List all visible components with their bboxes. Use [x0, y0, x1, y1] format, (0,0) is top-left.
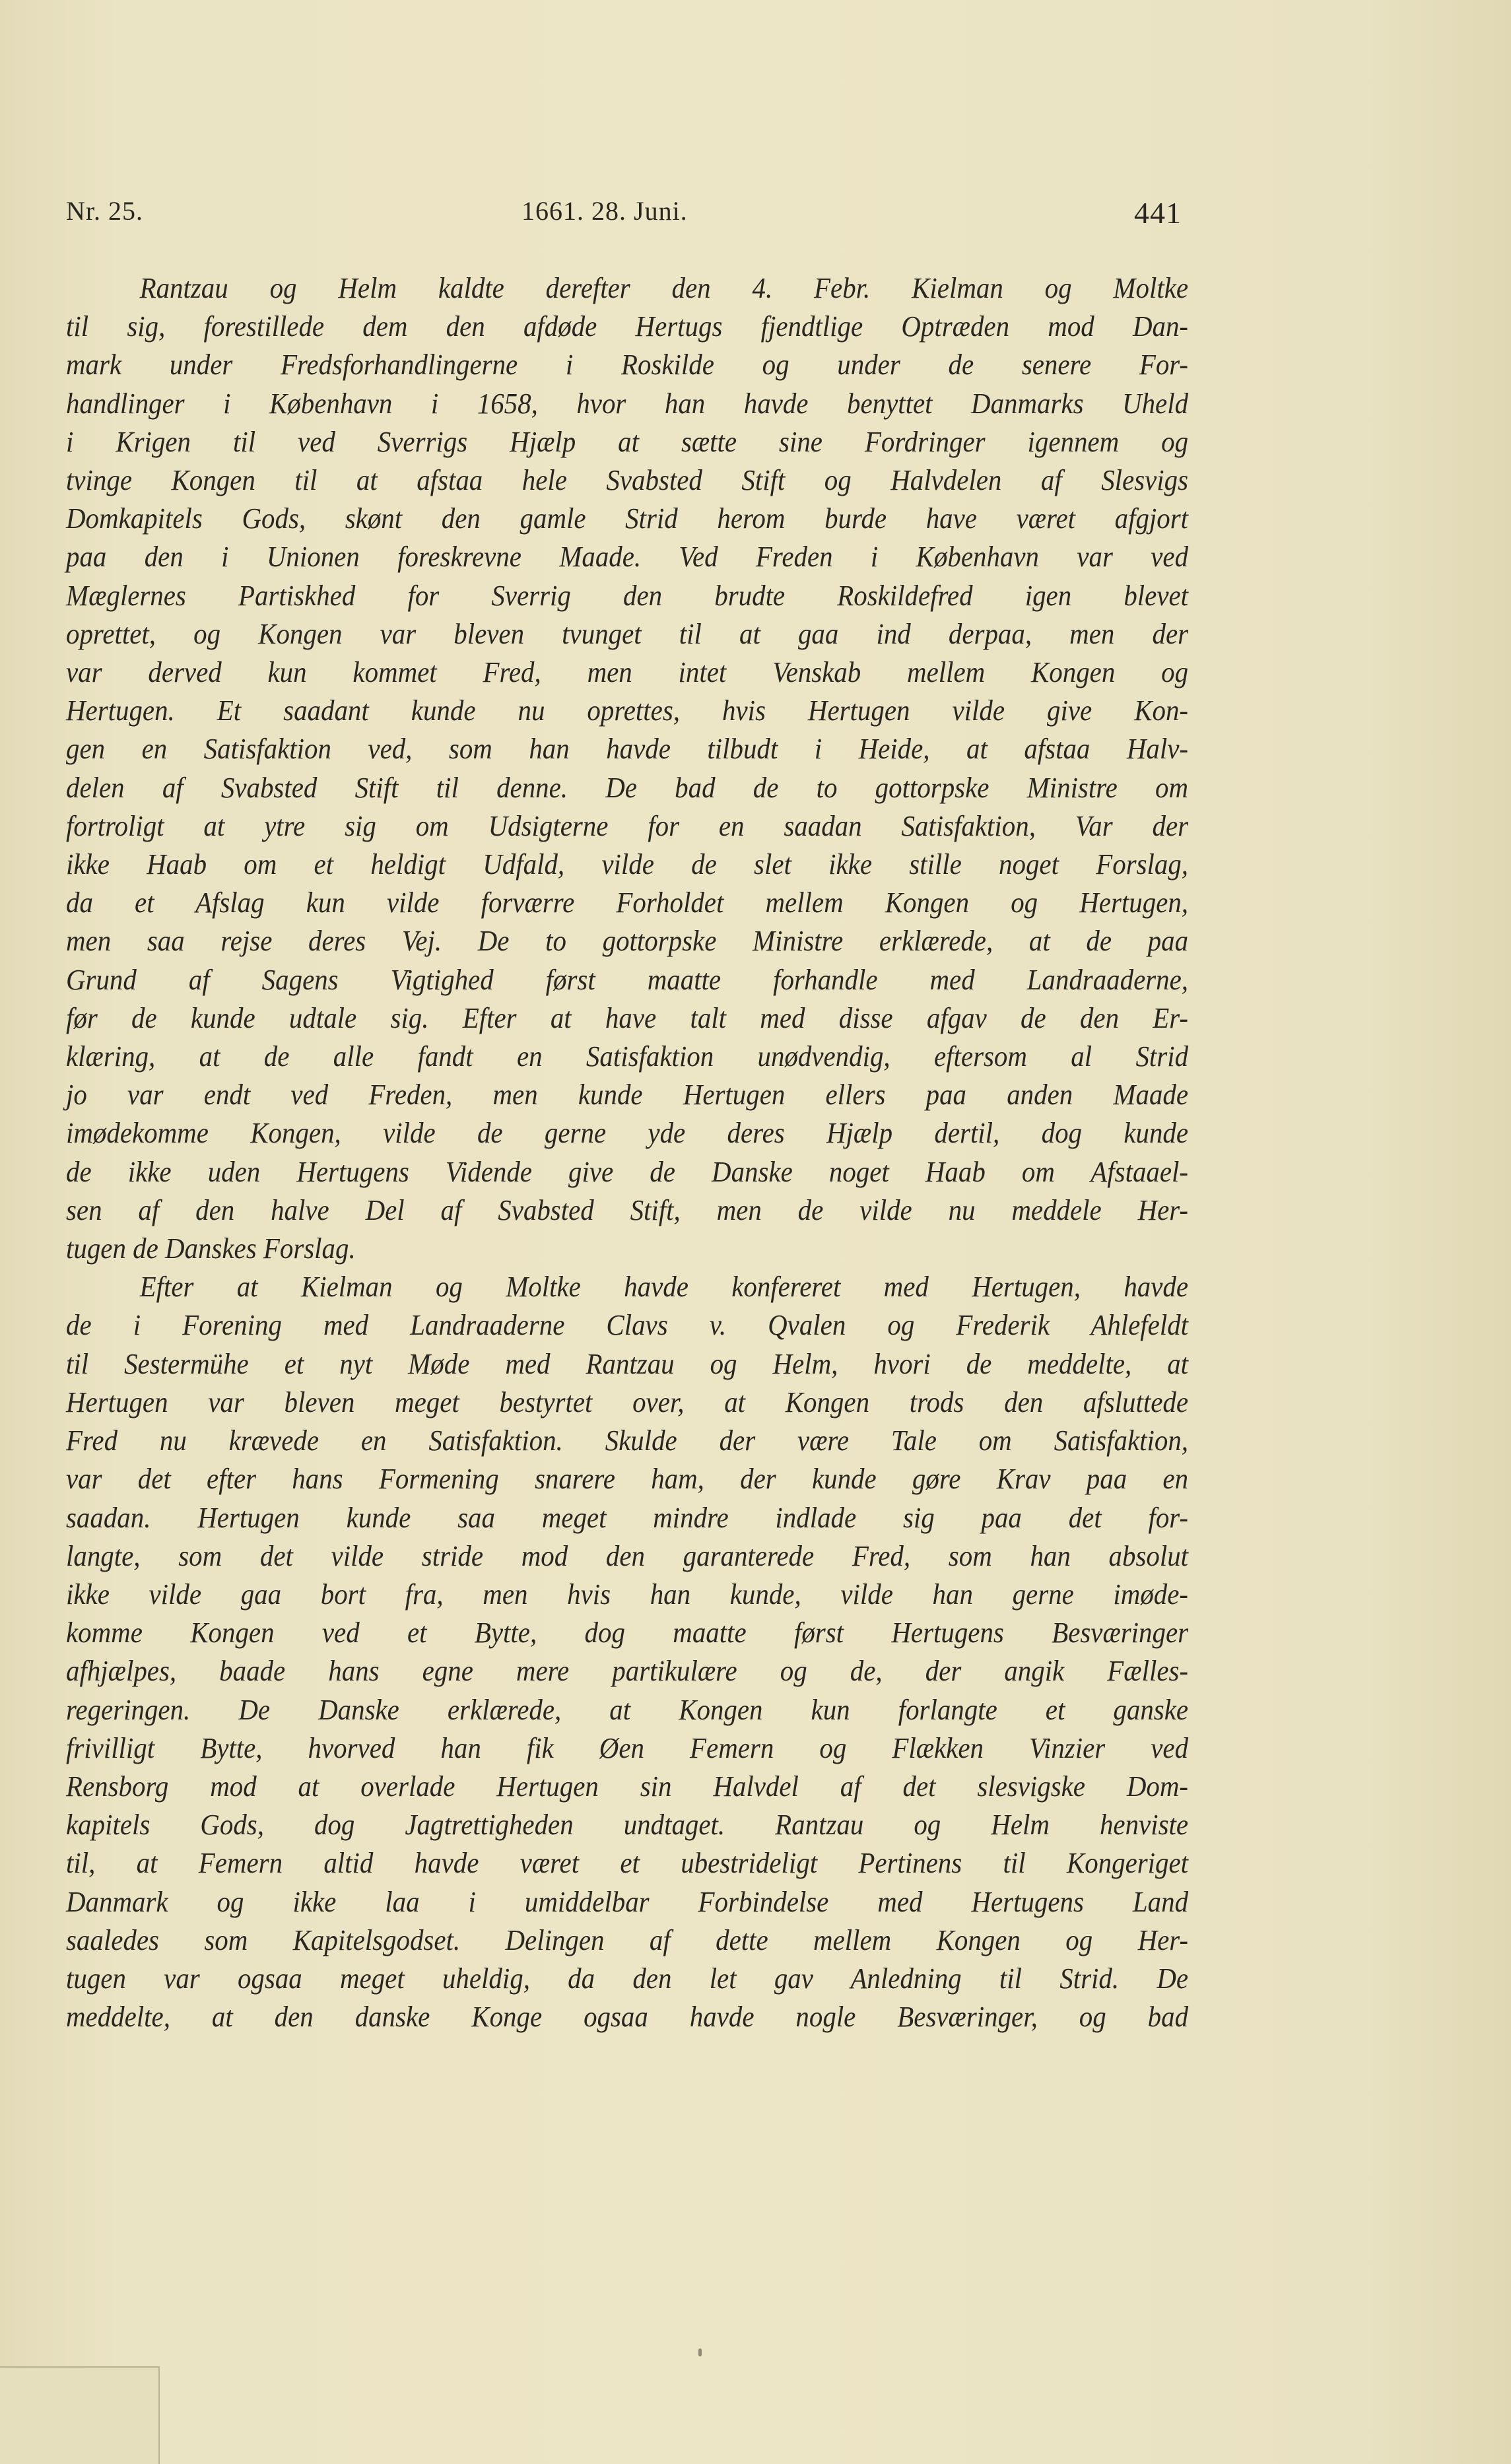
- text-line: sen af den halve Del af Svabsted Stift, …: [66, 1191, 1188, 1230]
- text-line: imødekomme Kongen, vilde de gerne yde de…: [66, 1114, 1188, 1152]
- text-line: men saa rejse deres Vej. De to gottorpsk…: [66, 922, 1188, 960]
- text-line: saadan. Hertugen kunde saa meget mindre …: [66, 1499, 1188, 1537]
- text-line: klæring, at de alle fandt en Satisfaktio…: [66, 1038, 1188, 1076]
- document-date: 1661. 28. Juni.: [521, 195, 688, 226]
- text-line: tvinge Kongen til at afstaa hele Svabste…: [66, 461, 1188, 500]
- text-line: afhjælpes, baade hans egne mere partikul…: [66, 1652, 1188, 1690]
- text-line: Grund af Sagens Vigtighed først maatte f…: [66, 961, 1188, 999]
- text-line: fortroligt at ytre sig om Udsigterne for…: [66, 807, 1188, 846]
- text-line: Rensborg mod at overlade Hertugen sin Ha…: [66, 1768, 1188, 1806]
- text-line: Danmark og ikke laa i umiddelbar Forbind…: [66, 1883, 1188, 1921]
- text-line: Fred nu krævede en Satisfaktion. Skulde …: [66, 1422, 1188, 1460]
- text-line: tugen de Danskes Forslag.: [66, 1230, 1188, 1268]
- text-line: i Krigen til ved Sverrigs Hjælp at sætte…: [66, 423, 1188, 461]
- text-line: da et Afslag kun vilde forværre Forholde…: [66, 884, 1188, 922]
- running-header: Nr. 25. 1661. 28. Juni. 441: [66, 195, 1188, 235]
- text-line: komme Kongen ved et Bytte, dog maatte fø…: [66, 1614, 1188, 1652]
- scanned-page: Nr. 25. 1661. 28. Juni. 441 Rantzau og H…: [0, 0, 1511, 2464]
- text-line: Hertugen var bleven meget bestyrtet over…: [66, 1383, 1188, 1422]
- text-line: ikke Haab om et heldigt Udfald, vilde de…: [66, 846, 1188, 884]
- text-line: regeringen. De Danske erklærede, at Kong…: [66, 1691, 1188, 1729]
- text-line: de ikke uden Hertugens Vidende give de D…: [66, 1153, 1188, 1191]
- text-line: paa den i Unionen foreskrevne Maade. Ved…: [66, 538, 1188, 576]
- text-line: til sig, forestillede dem den afdøde Her…: [66, 308, 1188, 346]
- text-line: til Sestermühe et nyt Møde med Rantzau o…: [66, 1345, 1188, 1383]
- text-line: jo var endt ved Freden, men kunde Hertug…: [66, 1076, 1188, 1114]
- text-line: saaledes som Kapitelsgodset. Delingen af…: [66, 1921, 1188, 1960]
- document-number: Nr. 25.: [66, 195, 143, 226]
- text-line: mark under Fredsforhandlingerne i Roskil…: [66, 346, 1188, 384]
- text-line: meddelte, at den danske Konge ogsaa havd…: [66, 1998, 1188, 2036]
- paper-tab-edge: [0, 2366, 160, 2464]
- text-line: langte, som det vilde stride mod den gar…: [66, 1537, 1188, 1576]
- text-line: før de kunde udtale sig. Efter at have t…: [66, 999, 1188, 1038]
- text-line: var det efter hans Formening snarere ham…: [66, 1460, 1188, 1498]
- page-number: 441: [1134, 195, 1182, 230]
- text-line: ikke vilde gaa bort fra, men hvis han ku…: [66, 1576, 1188, 1614]
- text-line: handlinger i København i 1658, hvor han …: [66, 385, 1188, 423]
- text-line: tugen var ogsaa meget uheldig, da den le…: [66, 1960, 1188, 1998]
- text-line: Mæglernes Partiskhed for Sverrig den bru…: [66, 577, 1188, 615]
- text-line: de i Forening med Landraaderne Clavs v. …: [66, 1306, 1188, 1345]
- text-line: Rantzau og Helm kaldte derefter den 4. F…: [66, 269, 1188, 308]
- text-line: delen af Svabsted Stift til denne. De ba…: [66, 769, 1188, 807]
- body-text: Rantzau og Helm kaldte derefter den 4. F…: [66, 269, 1110, 2036]
- text-line: til, at Femern altid havde været et ubes…: [66, 1844, 1188, 1882]
- paper-speck: [698, 2348, 702, 2356]
- text-line: var derved kun kommet Fred, men intet Ve…: [66, 653, 1188, 692]
- text-line: Efter at Kielman og Moltke havde konfere…: [66, 1268, 1188, 1306]
- text-line: kapitels Gods, dog Jagtrettigheden undta…: [66, 1806, 1188, 1844]
- text-line: Domkapitels Gods, skønt den gamle Strid …: [66, 500, 1188, 538]
- text-line: gen en Satisfaktion ved, som han havde t…: [66, 730, 1188, 768]
- text-line: oprettet, og Kongen var bleven tvunget t…: [66, 615, 1188, 653]
- text-line: Hertugen. Et saadant kunde nu oprettes, …: [66, 692, 1188, 730]
- text-line: frivilligt Bytte, hvorved han fik Øen Fe…: [66, 1729, 1188, 1768]
